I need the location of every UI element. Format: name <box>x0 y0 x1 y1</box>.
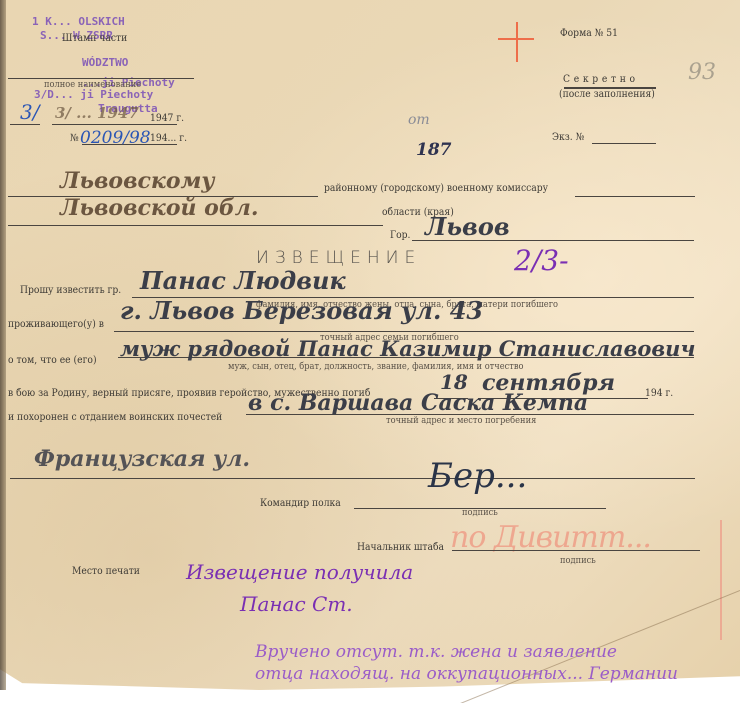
relation-label: о том, что ее (его) <box>8 355 97 366</box>
received-note: Извещение получила <box>186 560 413 584</box>
stamp-label: Штамп части <box>62 33 127 44</box>
year-suffix: 194 г. <box>645 388 673 399</box>
full-name-caption: полное наименование <box>44 80 141 90</box>
copy-number-label: Экз. № <box>552 132 584 143</box>
date-suffix-2: 194... г. <box>150 133 187 144</box>
residence-label: проживающего(у) в <box>8 319 104 330</box>
bottom-note-line-2: отца находящ. на оккупационных... Герман… <box>255 664 678 684</box>
chief-line <box>452 550 700 551</box>
bottom-note-line-1: Вручено отсут. т.к. жена и заявление <box>255 642 617 662</box>
red-cross-mark <box>516 22 518 62</box>
commander-label: Командир полка <box>260 498 341 509</box>
city-label: Гор. <box>390 230 410 241</box>
unit-stamp-line-3: WÓDZTWO <box>82 56 128 69</box>
recipient-handwritten: Панас Людвик <box>140 266 346 295</box>
seal-place-label: Место печати <box>72 566 140 577</box>
date-line-1b <box>52 124 177 125</box>
handwritten-date: 3/ ... 1947 <box>55 104 139 122</box>
residence-line <box>114 331 694 332</box>
ot-number: 187 <box>416 140 452 160</box>
scan-edge <box>0 0 6 690</box>
handwritten-reg-number: 0209/98 <box>80 128 151 148</box>
form-number: Форма № 51 <box>560 28 618 39</box>
unit-stamp-line-1: 1 K... OLSKICH <box>32 15 125 28</box>
pencil-corner-mark: 93 <box>688 60 716 85</box>
burial-handwritten: в с. Варшава Саска Кемпа <box>248 390 588 416</box>
date-line-1a <box>10 124 40 125</box>
handwritten-city: Львов <box>425 212 510 241</box>
copy-number-line <box>592 143 656 144</box>
number-label: № <box>70 133 79 144</box>
ot-label: от <box>408 112 430 128</box>
relation-caption: муж, сын, отец, брат, должность, звание,… <box>228 362 524 372</box>
document-title: ИЗВЕЩЕНИЕ <box>256 248 421 268</box>
residence-handwritten: г. Львов Березовая ул. 43 <box>120 296 483 325</box>
burial-continued-line <box>10 478 695 479</box>
commissar-text: районному (городскому) военному комиссар… <box>324 183 548 194</box>
handwritten-day: 3/ <box>20 100 39 124</box>
date-suffix-1: 1947 г. <box>150 113 184 124</box>
stamp-underline <box>8 78 194 79</box>
commander-signature-caption: подпись <box>462 508 498 518</box>
region-line <box>8 225 383 226</box>
handwritten-region: Львовской обл. <box>60 195 258 221</box>
burial-continued: Французская ул. <box>34 446 250 472</box>
commander-signature: Бер... <box>428 456 527 496</box>
margin-number: 2/3- <box>514 244 569 277</box>
commissar-line <box>575 196 695 197</box>
received-by-note: Панас Ст. <box>240 592 353 616</box>
classification-note: (после заполнения) <box>559 89 655 100</box>
relation-handwritten: муж рядовой Панас Казимир Станиславович <box>120 336 695 361</box>
chief-signature-caption: подпись <box>560 556 596 566</box>
red-pencil-line <box>720 520 722 640</box>
burial-label: и похоронен с отданием воинских почестей <box>8 412 222 423</box>
red-cross-mark-h <box>498 38 534 40</box>
handwritten-district: Львовскому <box>60 168 215 194</box>
burial-caption: точный адрес и место погребения <box>386 416 536 426</box>
classification-label: Секретно <box>563 74 639 85</box>
request-label: Прошу известить гр. <box>20 285 121 296</box>
chief-label: Начальник штаба <box>357 542 444 553</box>
